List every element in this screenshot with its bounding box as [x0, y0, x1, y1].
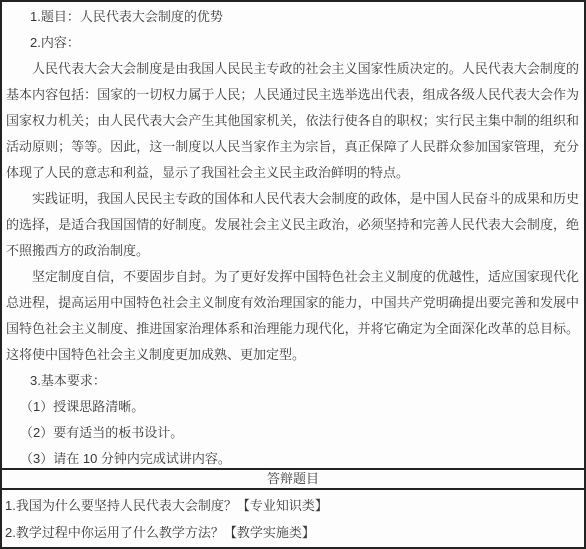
content-paragraph: 实践证明，我国人民民主专政的国体和人民代表大会制度的政体，是中国人民奋斗的成果和… [6, 186, 579, 264]
defense-question: 1.我国为什么要坚持人民代表大会制度？【专业知识类】 [5, 492, 580, 519]
content-paragraph: 人民代表大会大会制度是由我国人民民主专政的社会主义国家性质决定的。人民代表大会制… [6, 56, 579, 186]
task-content-cell: 1.题目：人民代表大会制度的优势 2.内容： 人民代表大会大会制度是由我国人民民… [2, 2, 584, 468]
defense-header-title: 答辩题目 [267, 471, 319, 486]
content-label: 2.内容： [6, 30, 579, 56]
defense-header-row: 答辩题目 [2, 468, 584, 490]
requirement-item: （1）授课思路清晰。 [6, 394, 579, 420]
requirement-item: （3）请在 10 分钟内完成试讲内容。 [6, 446, 579, 468]
defense-question: 2.教学过程中你运用了什么教学方法？【教学实施类】 [5, 519, 580, 546]
defense-questions-cell: 1.我国为什么要坚持人民代表大会制度？【专业知识类】 2.教学过程中你运用了什么… [2, 490, 584, 547]
topic-line: 1.题目：人民代表大会制度的优势 [6, 4, 579, 30]
exam-task-card: 1.题目：人民代表大会制度的优势 2.内容： 人民代表大会大会制度是由我国人民民… [0, 0, 586, 549]
requirements-label: 3.基本要求： [6, 368, 579, 394]
requirement-item: （2）要有适当的板书设计。 [6, 420, 579, 446]
content-paragraph: 坚定制度自信，不要固步自封。为了更好发挥中国特色社会主义制度的优越性，适应国家现… [6, 264, 579, 368]
